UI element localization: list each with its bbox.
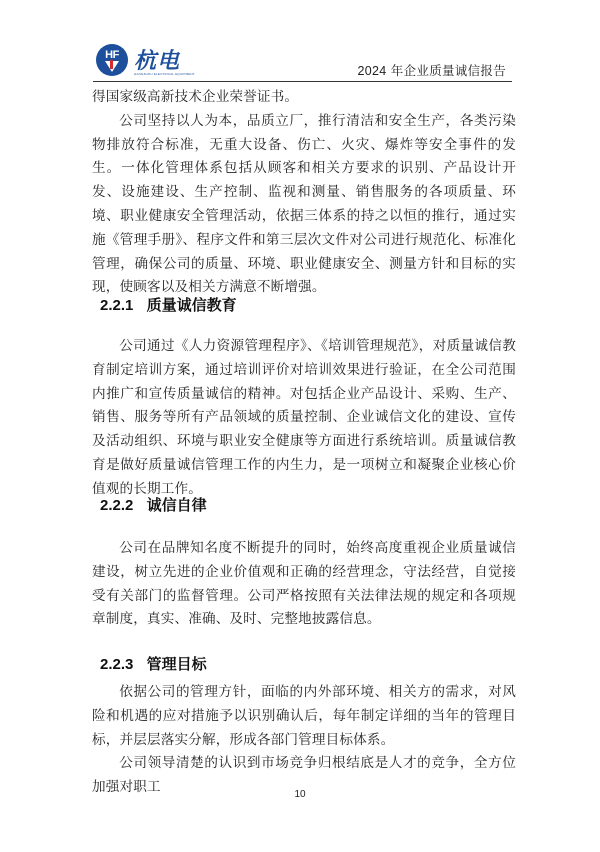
section-title: 管理目标	[147, 655, 207, 673]
paragraph: 公司通过《人力资源管理程序》、《培训管理规范》，对质量诚信教育制定培训方案，通过…	[92, 335, 516, 502]
report-year: 2024	[358, 64, 387, 78]
page-header: HF 杭电 HANGZHOU ELECTRICAL EQUIPMENT 2024…	[93, 40, 512, 82]
section-body-2-2-1: 公司通过《人力资源管理程序》、《培训管理规范》，对质量诚信教育制定培训方案，通过…	[92, 335, 516, 502]
section-body-2-2-2: 公司在品牌知名度不断提升的同时，始终高度重视企业质量诚信建设，树立先进的企业价值…	[92, 537, 516, 632]
intro-body: 得国家级高新技术企业荣誉证书。 公司坚持以人为本，品质立厂，推行清洁和安全生产，…	[92, 86, 516, 300]
company-logo: HF 杭电 HANGZHOU ELECTRICAL EQUIPMENT	[96, 42, 206, 80]
section-heading-2-2-3: 2.2.3 管理目标	[100, 653, 207, 674]
logo-subtitle: HANGZHOU ELECTRICAL EQUIPMENT	[134, 72, 195, 76]
paragraph: 公司在品牌知名度不断提升的同时，始终高度重视企业质量诚信建设，树立先进的企业价值…	[92, 537, 516, 632]
paragraph: 得国家级高新技术企业荣誉证书。	[92, 86, 516, 110]
paragraph: 公司坚持以人为本，品质立厂，推行清洁和安全生产，各类污染物排放符合标准，无重大设…	[92, 110, 516, 300]
section-body-2-2-3: 依据公司的管理方针，面临的内外部环境、相关方的需求，对风险和机遇的应对措施予以识…	[92, 681, 516, 800]
report-title-text: 年企业质量诚信报告	[391, 63, 506, 78]
section-title: 诚信自律	[147, 496, 207, 514]
paragraph: 依据公司的管理方针，面临的内外部环境、相关方的需求，对风险和机遇的应对措施予以识…	[92, 681, 516, 752]
section-heading-2-2-2: 2.2.2 诚信自律	[100, 494, 207, 515]
document-page: HF 杭电 HANGZHOU ELECTRICAL EQUIPMENT 2024…	[0, 0, 600, 852]
section-number: 2.2.3	[100, 656, 133, 673]
logo-name: 杭电	[134, 44, 180, 75]
page-number: 10	[0, 789, 600, 800]
logo-red-stroke	[110, 60, 113, 69]
section-number: 2.2.1	[100, 297, 133, 314]
section-number: 2.2.2	[100, 497, 133, 514]
section-title: 质量诚信教育	[147, 296, 237, 314]
hf-logo-icon: HF	[96, 44, 128, 76]
report-title: 2024 年企业质量诚信报告	[358, 61, 507, 79]
section-heading-2-2-1: 2.2.1 质量诚信教育	[100, 294, 237, 315]
